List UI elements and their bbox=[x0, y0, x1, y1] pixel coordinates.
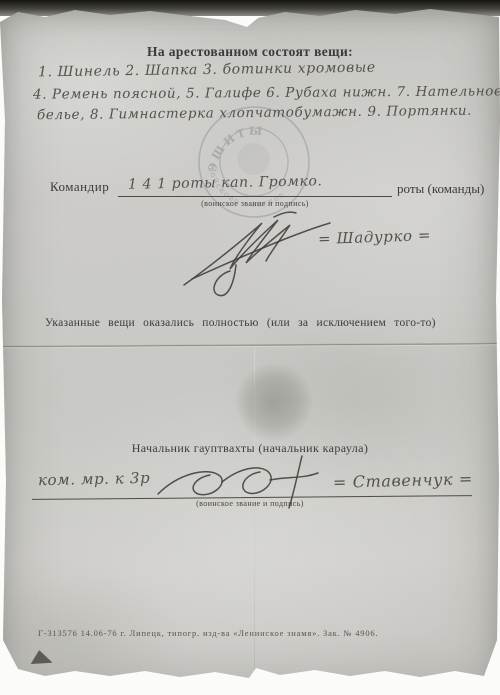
scanned-document-page: ЭШИТЫ войсково - овское На арестованном … bbox=[0, 0, 500, 695]
handwritten-items-line-2: 4. Ремень поясной, 5. Галифе 6. Рубаха н… bbox=[33, 83, 500, 102]
ink-stain bbox=[236, 362, 312, 442]
commander-label: Командир bbox=[50, 179, 109, 195]
paper-sheet: ЭШИТЫ войсково - овское На арестованном … bbox=[0, 0, 500, 695]
commander-signature bbox=[178, 207, 348, 297]
commander-underline bbox=[118, 196, 392, 197]
commander-suffix-label: роты (команды) bbox=[397, 181, 484, 197]
guard-rank-caption: (воинское звание и подпись) bbox=[130, 499, 370, 508]
commander-entry-handwritten: 1 4 1 роты кап. Громко. bbox=[128, 173, 323, 192]
guard-entry-handwritten: ком. мр. к 3р bbox=[38, 469, 151, 489]
note-line: Указанные вещи оказались полностью (или … bbox=[45, 317, 465, 329]
print-imprint: Г-313576 14.06-76 г. Липецк, типогр. изд… bbox=[38, 628, 378, 638]
commander-signature-name: = Шадурко = bbox=[318, 226, 432, 248]
handwritten-items-line-1: 1. Шинель 2. Шапка 3. ботинки хромовые bbox=[38, 60, 376, 81]
page-title: На арестованном состоят вещи: bbox=[0, 44, 500, 60]
handwritten-items-line-3: белье, 8. Гимнастерка хлопчатобумажн. 9.… bbox=[37, 103, 472, 124]
corner-smudge-mark bbox=[29, 649, 52, 665]
fold-crease bbox=[0, 342, 500, 348]
guard-signature-name: = Ставенчук = bbox=[333, 469, 473, 492]
